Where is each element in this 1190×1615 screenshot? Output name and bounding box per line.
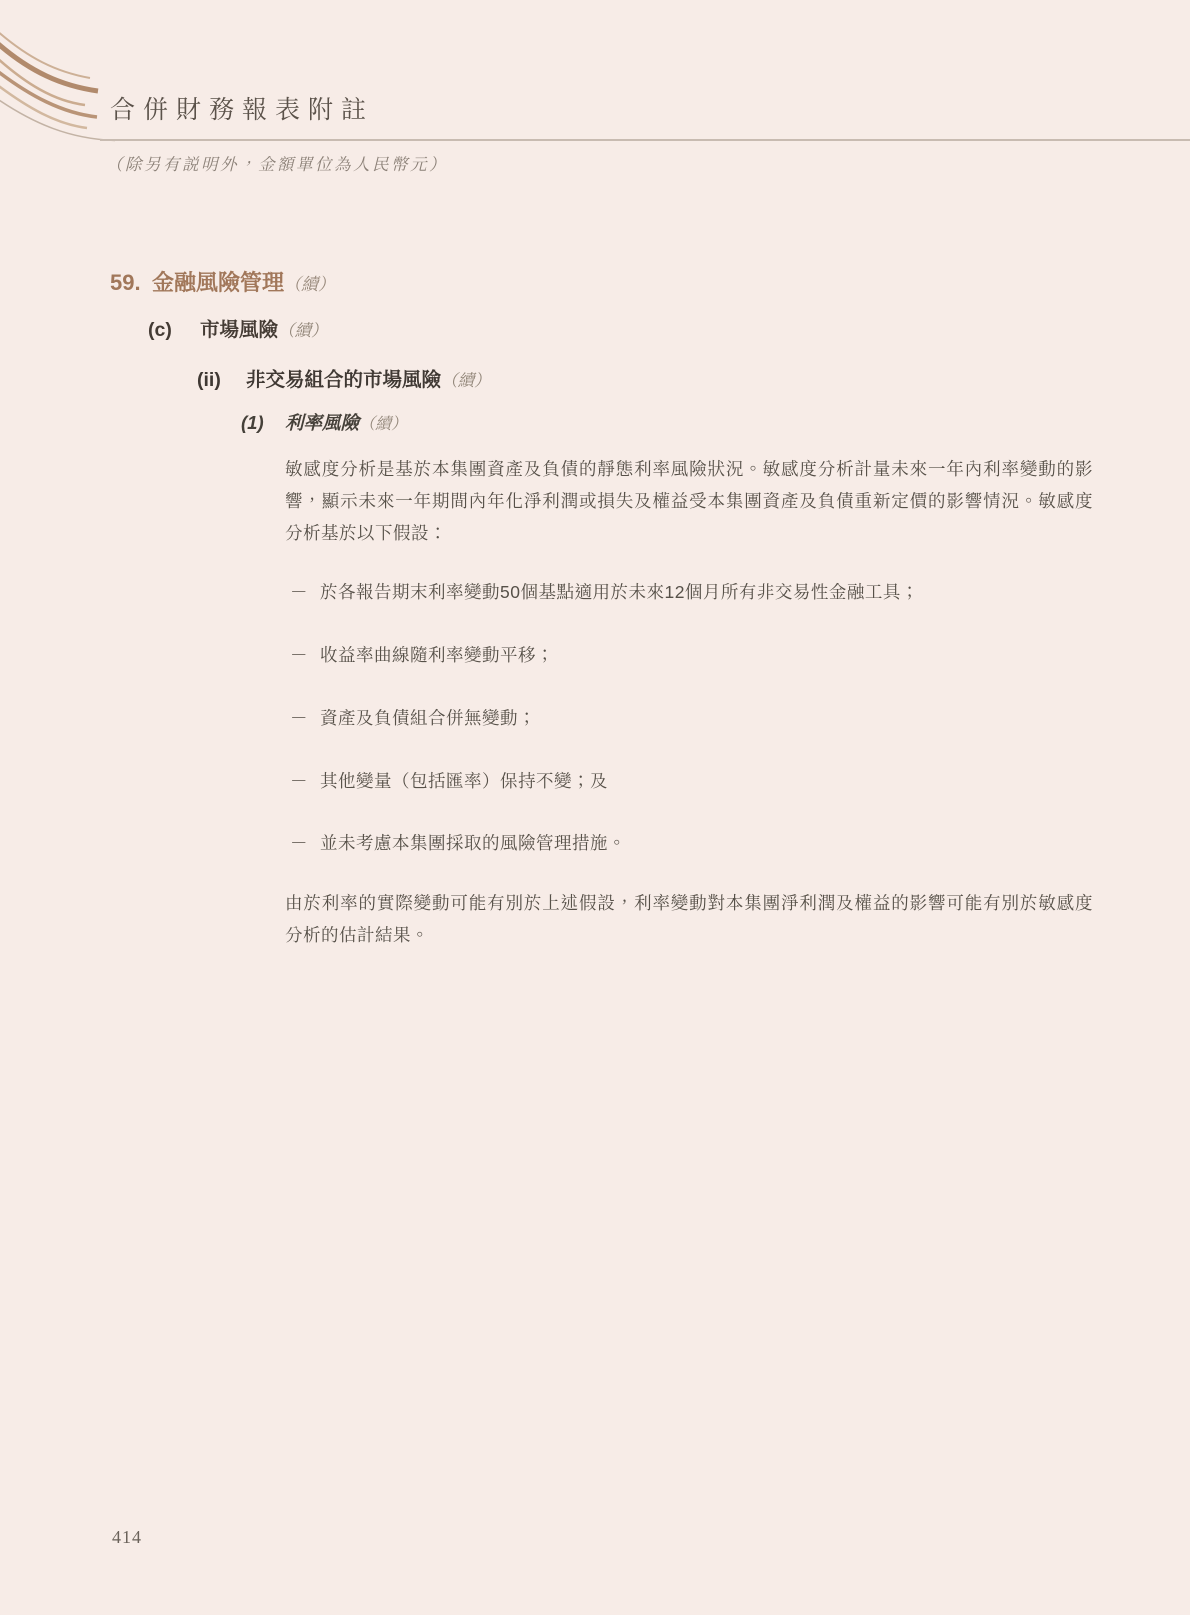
subsection-ii-continued-label: （續）: [441, 371, 491, 390]
section-heading-59: 59. 金融風險管理（續）: [110, 266, 1190, 297]
section-continued-label: （續）: [284, 275, 335, 294]
assumption-item: － 於各報告期末利率變動50個基點適用於未來12個月所有非交易性金融工具；: [290, 576, 1093, 608]
assumption-text: 其他變量（包括匯率）保持不變；及: [320, 765, 608, 797]
assumption-item: － 並未考慮本集團採取的風險管理措施。: [290, 827, 1093, 859]
assumption-text: 於各報告期末利率變動50個基點適用於未來12個月所有非交易性金融工具；: [320, 576, 919, 608]
bullet-dash: －: [290, 702, 320, 734]
subsection-1-heading-text: 利率風險（續）: [285, 409, 407, 435]
assumption-item: － 資產及負債組合併無變動；: [290, 702, 1093, 734]
subsection-1-label: (1): [241, 412, 285, 434]
assumption-text: 收益率曲線隨利率變動平移；: [320, 639, 554, 671]
subsection-ii-label: (ii): [197, 369, 246, 392]
subsection-ii-title: 非交易組合的市場風險: [246, 369, 441, 391]
subsection-heading-ii: (ii) 非交易組合的市場風險（續）: [197, 364, 1190, 392]
assumption-item: － 其他變量（包括匯率）保持不變；及: [290, 765, 1093, 797]
subsection-1-title: 利率風險: [285, 412, 359, 433]
bullet-dash: －: [290, 765, 320, 797]
note-content: 59. 金融風險管理（續） (c) 市場風險（續） (ii) 非交易組合的市場風…: [0, 0, 1190, 951]
subsection-ii-heading-text: 非交易組合的市場風險（續）: [246, 364, 491, 392]
page-number: 414: [112, 1527, 142, 1548]
bullet-dash: －: [290, 827, 320, 859]
subsection-c-label: (c): [148, 319, 200, 342]
subsection-heading-1: (1) 利率風險（續）: [241, 409, 1190, 435]
assumption-item: － 收益率曲線隨利率變動平移；: [290, 639, 1093, 671]
assumption-text: 資產及負債組合併無變動；: [320, 702, 536, 734]
subsection-c-title: 市場風險: [200, 319, 278, 341]
bullet-dash: －: [290, 639, 320, 671]
subsection-1-continued-label: （續）: [359, 416, 407, 433]
subsection-heading-c: (c) 市場風險（續）: [148, 314, 1190, 342]
paragraph-conclusion: 由於利率的實際變動可能有別於上述假設，利率變動對本集團淨利潤及權益的影響可能有別…: [285, 887, 1093, 951]
bullet-dash: －: [290, 576, 320, 608]
paragraph-sensitivity-analysis: 敏感度分析是基於本集團資產及負債的靜態利率風險狀況。敏感度分析計量未來一年內利率…: [285, 453, 1093, 549]
assumption-text: 並未考慮本集團採取的風險管理措施。: [320, 827, 626, 859]
section-heading-text: 金融風險管理（續）: [152, 266, 335, 297]
report-page: 合併財務報表附註 （除另有説明外，金額單位為人民幣元） 59. 金融風險管理（續…: [0, 0, 1190, 1615]
section-number: 59.: [110, 270, 152, 296]
subsection-c-continued-label: （續）: [278, 321, 328, 340]
section-title: 金融風險管理: [152, 270, 284, 295]
subsection-c-heading-text: 市場風險（續）: [200, 314, 328, 342]
